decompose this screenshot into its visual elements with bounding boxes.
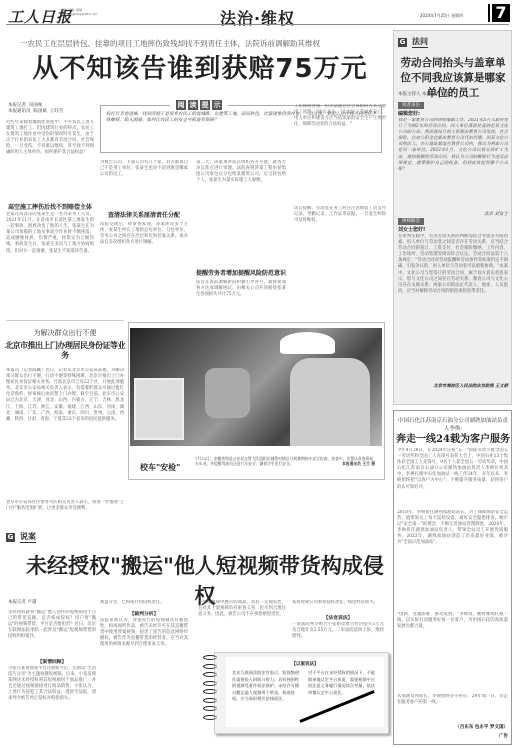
sidebar-tag-label: 法问 [412, 36, 428, 48]
ad-text-3: "创新、克服困难、推动发展。"李焕说，她将继续扎根一线，以实际行动服务好每一位客… [397, 612, 508, 692]
sidebar-tag: G 法问 [398, 36, 428, 48]
question-text: 我是一家教育公司的讲师编辑工作。2021年5月入职时签订了为期2年的劳动合同，同… [398, 118, 508, 210]
ad-headline[interactable]: 奔走一线24载为客户服务 [396, 430, 510, 445]
side-kicker: 为解决群众出行不便 [6, 328, 124, 338]
question-label: 读者来信 [398, 102, 424, 109]
tips-char-3: 提 [200, 100, 210, 110]
column-logo-icon: G [398, 38, 407, 47]
main-col4-text: 工伤保险待遇，但无法通过社会保险的方式分散用工风险。"法官表示。"让农民工劳动更… [294, 104, 386, 204]
answer-text: 在审判实践中，有关劳动关系的判断需综合考虑多方面因素。用人单位与劳动者之间是否存… [398, 234, 508, 380]
main-col4-text2: 法官提醒，劳动者在务工时应注意保留工资支付记录、考勤记录、工作证等证据，一旦发生… [294, 206, 386, 318]
case-col2-text: 利益分享，已构成共同侵权责任。 [100, 600, 188, 608]
case-col3-text: 小张短视频中展示的商品，具有一定观赏性，且对其上架视频负有审查义务，也尽到合理注… [198, 600, 286, 644]
main-byline: 本报记者 田国垒 本报通讯员 陈国斌 王钰雪 [8, 103, 63, 115]
main-col2-text2: 法院受理后，经审查发现，该案涉及多个主体，张某生所在工地的总包单位、分包单位、劳… [100, 222, 188, 318]
ad-text-4: 从加油员到站长，李焕始终坚守初心，24年如一日，奔走在服务客户的第一线。 [397, 694, 508, 718]
ad-sign: （吕东东 包永平 罗文国） [397, 724, 508, 730]
notebook-title: 【以案说法】 [226, 661, 384, 667]
side-divider [6, 320, 124, 321]
reading-tips-title: 阅 读 提 示 [170, 100, 228, 110]
question-greeting: 编辑您好: [398, 110, 420, 117]
tips-char-4: 示 [212, 100, 222, 110]
case-col4-text2: 一审法院判令被告小张赔偿原告经济损失3万元及合理开支2.55万元。二审法院驳回上… [292, 622, 384, 646]
case-col1-text2: 小张在某短视频平台注册账号后，长期以"生活技巧分享"为主题拍摄短视频。后来，小张… [8, 666, 96, 746]
photo-caption: 7月22日，安徽省和县公安局交警大队组织民辅警对辖区开展暑期校车安全检查。检查中… [195, 456, 375, 466]
side-headline[interactable]: 北京市推出上门办理居民身份证等业务 [4, 340, 126, 360]
case-byline: 本报记者 卢越 [8, 600, 36, 606]
sidebar-byline: 本报主持人 本报记者 周锴 [398, 92, 450, 98]
main-col3-text: 第二天，该案承办法官组织各方开庭，就各方争议焦点进行审理。法院查明涉案工程由某集… [196, 160, 286, 260]
answer-greeting: 刘女士您好! [398, 226, 425, 233]
answer-label: 律师解答 [398, 218, 424, 225]
officer-figure [290, 358, 370, 446]
case-tag-label: 说案 [20, 531, 36, 543]
column-logo-icon: G [6, 533, 15, 542]
school-bus-sign [134, 378, 184, 440]
notebook-col1: 北京互联网法院法官表示，短视频创作需要投入时间与智力，具有独创性的视频受著作权法… [232, 670, 302, 722]
ad-label: 广告 [397, 733, 508, 739]
ad-text-1: 今年4月28日，在2024年庆祝"五一"国际劳动节暨全国五一劳动奖和全国工人先锋… [397, 448, 508, 508]
side-text2: 北京市公安局社区警务大队相关负责人表示，将进一步推进"上门办"服务范围扩展，让更… [6, 500, 124, 524]
case-tag: G 说案 [6, 531, 36, 543]
main-subhead-3: 提醒劳务者增加提醒风险防范意识 [196, 268, 286, 277]
tips-char-1: 阅 [176, 100, 186, 110]
spiral-binding-icon [203, 655, 219, 723]
case-col2-text2: 法院审理认为，涉案原告的短视频具有独创性，构成视听作品，被告未经许可在其直播带货… [100, 618, 188, 746]
answer-sign: 北京市海淀区人民法院法官助理 王文群 [398, 383, 508, 389]
case-col1-text: 未经授权就将"搬运"他人创作的短视频用于自己的带货直播，是否构成侵权？用户将"搬… [8, 610, 96, 656]
side-text: 本报讯（记者陈曦）近日，记者从北京市公安局获悉，为解决部分群众出行不便、行动不便… [6, 368, 124, 518]
worker-figure [205, 368, 250, 418]
case-col4-label: 【法官说法】 [292, 614, 384, 621]
photo-credit: 本报通讯员 王兰 摄 [342, 461, 375, 466]
main-headline[interactable]: 从不知该告谁到获赔75万元 [30, 48, 370, 85]
issue-date: 2024年7月25日 星期四 [420, 13, 463, 19]
main-subhead-1: 高空施工摔伤后找不到赔偿主体 [6, 202, 94, 211]
case-col1-label: 【案情回顾】 [8, 658, 96, 665]
tips-char-2: 读 [188, 100, 198, 110]
main-col1-text2: 老家在菏泽市的张某生是一名外来务工人员。2021年11月，在济南市长清区某工地发… [6, 212, 94, 320]
question-sign: 北京 刘女士 [440, 211, 508, 217]
case-col2-label: 【裁判分析】 [100, 610, 188, 617]
officer-cap [280, 332, 335, 354]
news-photo [130, 328, 382, 446]
photo-title: 校车"安检" [140, 462, 180, 473]
case-col4-text: 某短视频公司承担侵权责任，赔偿经济损失。 [292, 600, 384, 612]
ad-text-2: 2018年，李焕担任湖熟加油站站长。为了保障油站安全运营，他带领员工每天巡检设备… [397, 510, 508, 610]
main-col3-text2: 法官在诉前调解阶段积极引导各方，最终促成各方达成调解协议，由相关公司共同赔偿张某… [196, 280, 286, 318]
main-col2-text: 为被告公司、下面公司有几十家，对方都说自己不是用工单位，张某生也说不清到底是哪家… [100, 160, 188, 200]
masthead-divider [6, 24, 509, 25]
page-number: 7 [492, 4, 510, 22]
main-subhead-2: 查清法律关系厘清责任分配 [100, 210, 188, 219]
main-col1-text: 近些年来随着城镇化进程中，不少农民工进入建筑工地打工。但因建筑行业的特点，农民工… [6, 120, 94, 202]
